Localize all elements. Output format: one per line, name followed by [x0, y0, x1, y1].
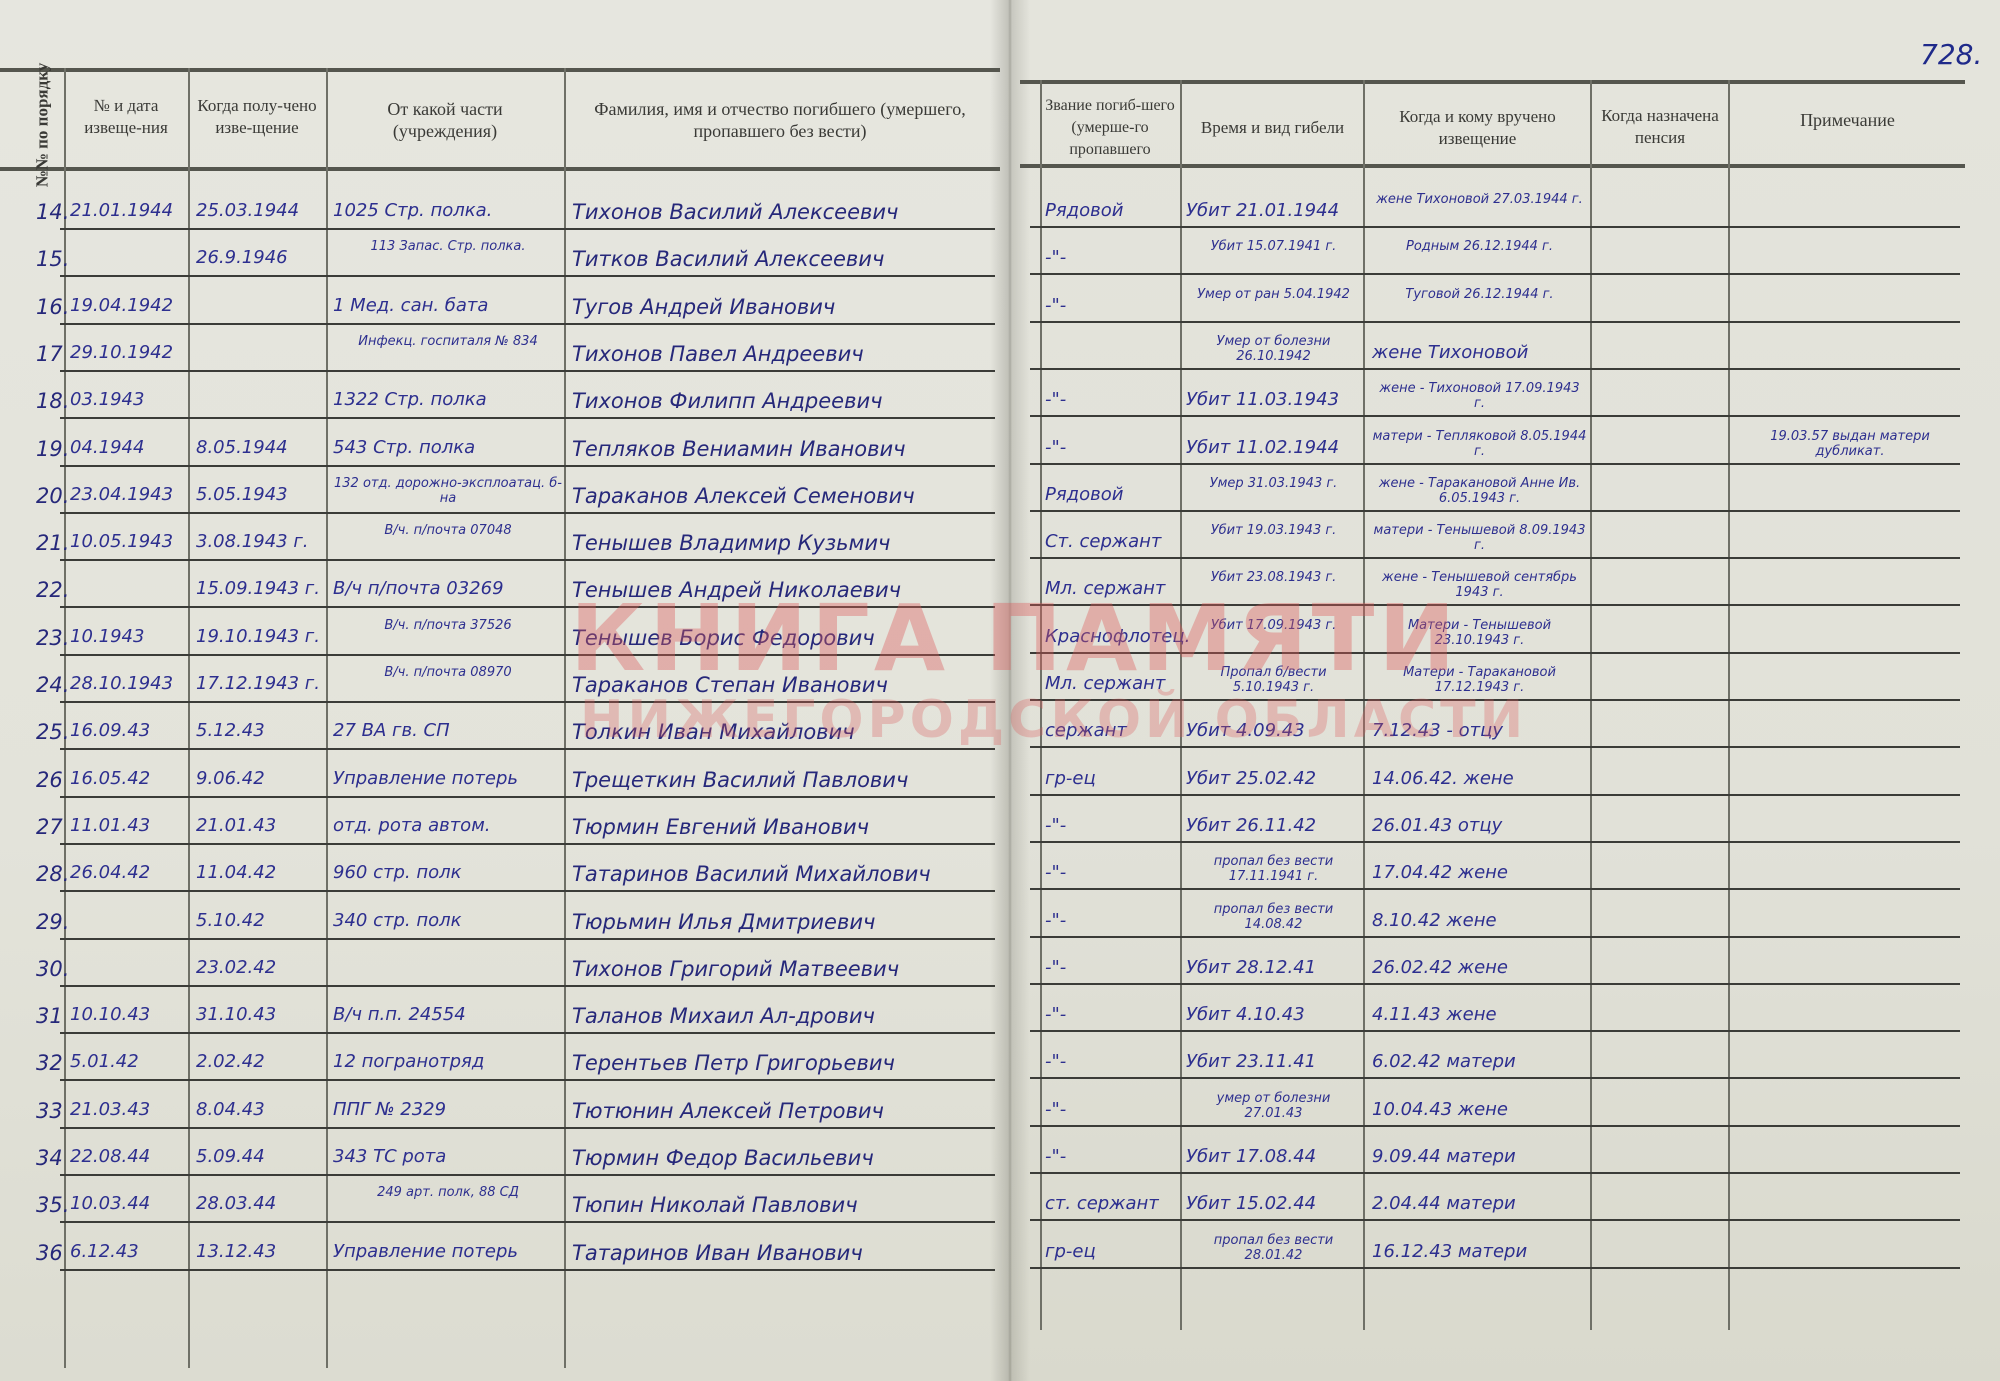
unit: 113 Запас. Стр. полка.	[333, 239, 563, 273]
received-date: 21.01.43	[196, 815, 326, 836]
notice-delivered: 26.01.43 отцу	[1372, 815, 1587, 836]
full-name: Тараканов Алексей Семенович	[572, 484, 992, 508]
row-rule-left	[60, 1079, 995, 1081]
header-row-number: №№ по порядку	[22, 70, 62, 180]
row-rule-right	[1030, 1030, 1960, 1032]
rank: -"-	[1045, 1004, 1180, 1025]
notice-delivered: жене Тихоновой	[1372, 342, 1587, 363]
rank: гр-ец	[1045, 768, 1180, 789]
row-rule-right	[1030, 368, 1960, 370]
received-date: 31.10.43	[196, 1004, 326, 1025]
received-date: 8.04.43	[196, 1099, 326, 1120]
full-name: Тюрьмин Илья Дмитриевич	[572, 910, 992, 934]
unit: 1322 Стр. полка	[333, 389, 563, 410]
unit: 1 Мед. сан. бата	[333, 295, 563, 316]
full-name: Терентьев Петр Григорьевич	[572, 1051, 992, 1075]
row-rule-left	[60, 1127, 995, 1129]
row-number: 26	[36, 768, 64, 792]
row-rule-left	[60, 843, 995, 845]
row-rule-right	[1030, 321, 1960, 323]
row-rule-left	[60, 323, 995, 325]
page-number: 728.	[1920, 38, 1982, 71]
notice-delivered: 10.04.43 жене	[1372, 1099, 1587, 1120]
full-name: Татаринов Иван Иванович	[572, 1241, 992, 1265]
row-number: 20.	[36, 484, 64, 508]
death-info: Умер от ран 5.04.1942	[1186, 287, 1361, 321]
row-rule-left	[60, 985, 995, 987]
notice-delivered: 2.04.44 матери	[1372, 1193, 1587, 1214]
row-number: 16.	[36, 295, 64, 319]
full-name: Тихонов Филипп Андреевич	[572, 389, 992, 413]
received-date: 23.02.42	[196, 957, 326, 978]
header-unit: От какой части (учреждения)	[340, 90, 550, 150]
row-rule-left	[60, 606, 995, 608]
header-pension: Когда назначена пенсия	[1596, 92, 1724, 162]
death-info: Умер 31.03.1943 г.	[1186, 476, 1361, 510]
col-rule	[326, 68, 328, 1368]
header-death: Время и вид гибели	[1190, 95, 1355, 160]
received-date: 26.9.1946	[196, 247, 326, 268]
death-info: Убит 19.03.1943 г.	[1186, 523, 1361, 557]
notice-delivered: 4.11.43 жене	[1372, 1004, 1587, 1025]
full-name: Татаринов Василий Михайлович	[572, 862, 992, 886]
row-number: 14.	[36, 200, 64, 224]
received-date: 17.12.1943 г.	[196, 673, 326, 694]
received-date: 28.03.44	[196, 1193, 326, 1214]
full-name: Тепляков Вениамин Иванович	[572, 437, 992, 461]
notice-delivered: 7.12.43 - отцу	[1372, 720, 1587, 741]
notice-number-date: 5.01.42	[70, 1051, 188, 1072]
unit: 340 стр. полк	[333, 910, 563, 931]
notice-number-date: 03.1943	[70, 389, 188, 410]
notice-number-date: 16.09.43	[70, 720, 188, 741]
notice-number-date: 16.05.42	[70, 768, 188, 789]
rank: Мл. сержант	[1045, 578, 1180, 599]
row-number: 32	[36, 1051, 64, 1075]
unit: 1025 Стр. полка.	[333, 200, 563, 221]
death-info: Убит 4.09.43	[1186, 720, 1361, 741]
unit: В/ч п.п. 24554	[333, 1004, 563, 1025]
notice-number-date: 29.10.1942	[70, 342, 188, 363]
col-rule	[188, 68, 190, 1368]
row-rule-left	[60, 701, 995, 703]
rank: Краснофлотец.	[1045, 626, 1180, 647]
notice-number-date: 21.03.43	[70, 1099, 188, 1120]
death-info: Убит 15.02.44	[1186, 1193, 1361, 1214]
row-rule-left	[60, 1221, 995, 1223]
row-rule-right	[1030, 936, 1960, 938]
row-rule-right	[1030, 1125, 1960, 1127]
rank: -"-	[1045, 1051, 1180, 1072]
col-rule	[564, 68, 566, 1368]
death-info: Убит 11.02.1944	[1186, 437, 1361, 458]
header-delivered: Когда и кому вручено извещение	[1370, 95, 1585, 160]
death-info: Убит 11.03.1943	[1186, 389, 1361, 410]
unit: В/ч п/почта 03269	[333, 578, 563, 599]
notice-delivered: Родным 26.12.1944 г.	[1372, 239, 1587, 273]
full-name: Трещеткин Василий Павлович	[572, 768, 992, 792]
notice-number-date: 23.04.1943	[70, 484, 188, 505]
received-date: 8.05.1944	[196, 437, 326, 458]
header-full-name: Фамилия, имя и отчество погибшего (умерш…	[570, 90, 990, 150]
full-name: Тенышев Андрей Николаевич	[572, 578, 992, 602]
rank: гр-ец	[1045, 1241, 1180, 1262]
row-rule-right	[1030, 888, 1960, 890]
col-rule	[1040, 80, 1042, 1330]
col-rule	[1590, 80, 1592, 1330]
row-rule-left	[60, 1032, 995, 1034]
notice-number-date: 10.1943	[70, 626, 188, 647]
row-rule-right	[1030, 604, 1960, 606]
death-info: Убит 23.11.41	[1186, 1051, 1361, 1072]
unit: В/ч. п/почта 37526	[333, 618, 563, 652]
death-info: Пропал б/вести 5.10.1943 г.	[1186, 665, 1361, 699]
notice-number-date: 04.1944	[70, 437, 188, 458]
full-name: Тихонов Павел Андреевич	[572, 342, 992, 366]
rank: -"-	[1045, 815, 1180, 836]
received-date: 13.12.43	[196, 1241, 326, 1262]
notice-delivered: 26.02.42 жене	[1372, 957, 1587, 978]
row-rule-left	[60, 890, 995, 892]
notice-delivered: жене - Тенышевой сентябрь 1943 г.	[1372, 570, 1587, 604]
received-date: 19.10.1943 г.	[196, 626, 326, 647]
row-rule-left	[60, 370, 995, 372]
rank: -"-	[1045, 910, 1180, 931]
full-name: Тенышев Владимир Кузьмич	[572, 531, 992, 555]
notice-delivered: 6.02.42 матери	[1372, 1051, 1587, 1072]
notice-delivered: матери - Тенышевой 8.09.1943 г.	[1372, 523, 1587, 557]
full-name: Титков Василий Алексеевич	[572, 247, 992, 271]
header-bottom-rule-right	[1020, 164, 1965, 168]
row-rule-left	[60, 938, 995, 940]
row-rule-right	[1030, 463, 1960, 465]
rank: сержант	[1045, 720, 1180, 741]
unit: В/ч. п/почта 08970	[333, 665, 563, 699]
col-rule	[1363, 80, 1365, 1330]
rank: Мл. сержант	[1045, 673, 1180, 694]
notice-number-date: 10.10.43	[70, 1004, 188, 1025]
unit: 132 отд. дорожно-эксплоатац. б-на	[333, 476, 563, 510]
unit: В/ч. п/почта 07048	[333, 523, 563, 557]
notice-delivered: 17.04.42 жене	[1372, 862, 1587, 883]
rank: -"-	[1045, 437, 1180, 458]
unit: 543 Стр. полка	[333, 437, 563, 458]
row-rule-right	[1030, 273, 1960, 275]
row-rule-right	[1030, 983, 1960, 985]
notice-delivered: 8.10.42 жене	[1372, 910, 1587, 931]
row-rule-right	[1030, 841, 1960, 843]
header-notice-number-date: № и дата извеще-ния	[68, 82, 184, 152]
col-rule	[1180, 80, 1182, 1330]
row-rule-right	[1030, 415, 1960, 417]
death-info: Убит 25.02.42	[1186, 768, 1361, 789]
notice-number-date: 6.12.43	[70, 1241, 188, 1262]
full-name: Тараканов Степан Иванович	[572, 673, 992, 697]
row-rule-left	[60, 465, 995, 467]
row-rule-right	[1030, 746, 1960, 748]
header-bottom-rule-left	[0, 167, 1000, 171]
row-rule-left	[60, 228, 995, 230]
row-number: 22.	[36, 578, 64, 602]
row-number: 28.	[36, 862, 64, 886]
full-name: Толкин Иван Михайлович	[572, 720, 992, 744]
unit: 27 ВА гв. СП	[333, 720, 563, 741]
notice-number-date: 26.04.42	[70, 862, 188, 883]
row-rule-right	[1030, 699, 1960, 701]
unit: 960 стр. полк	[333, 862, 563, 883]
rank: -"-	[1045, 1099, 1180, 1120]
notice-delivered: 9.09.44 матери	[1372, 1146, 1587, 1167]
unit: Управление потерь	[333, 768, 563, 789]
header-rank: Звание погиб-шего (умерше-го пропавшего	[1042, 95, 1178, 160]
death-info: умер от болезни 27.01.43	[1186, 1091, 1361, 1125]
header-top-rule-left	[0, 68, 1000, 72]
notice-number-date: 28.10.1943	[70, 673, 188, 694]
notice-delivered: Матери - Таракановой 17.12.1943 г.	[1372, 665, 1587, 699]
notice-number-date: 10.03.44	[70, 1193, 188, 1214]
death-info: Убит 15.07.1941 г.	[1186, 239, 1361, 273]
header-top-rule-right	[1020, 80, 1965, 84]
row-rule-right	[1030, 226, 1960, 228]
row-rule-right	[1030, 652, 1960, 654]
rank: -"-	[1045, 389, 1180, 410]
death-info: Убит 4.10.43	[1186, 1004, 1361, 1025]
unit: отд. рота автом.	[333, 815, 563, 836]
unit: Управление потерь	[333, 1241, 563, 1262]
notice-number-date: 19.04.1942	[70, 295, 188, 316]
row-number: 36	[36, 1241, 64, 1265]
rank: Ст. сержант	[1045, 531, 1180, 552]
row-number: 34	[36, 1146, 64, 1170]
notice-number-date: 11.01.43	[70, 815, 188, 836]
rank: -"-	[1045, 862, 1180, 883]
book-gutter	[990, 0, 1030, 1381]
row-number: 17	[36, 342, 64, 366]
notice-delivered: 14.06.42. жене	[1372, 768, 1587, 789]
full-name: Тютюнин Алексей Петрович	[572, 1099, 992, 1123]
notice-number-date: 21.01.1944	[70, 200, 188, 221]
row-rule-left	[60, 1174, 995, 1176]
row-number: 31	[36, 1004, 64, 1028]
unit: 343 ТС рота	[333, 1146, 563, 1167]
notice-delivered: жене - Таракановой Анне Ив. 6.05.1943 г.	[1372, 476, 1587, 510]
notice-number-date: 10.05.1943	[70, 531, 188, 552]
rank: -"-	[1045, 957, 1180, 978]
row-rule-left	[60, 796, 995, 798]
row-rule-left	[60, 275, 995, 277]
row-number: 18.	[36, 389, 64, 413]
notice-delivered: Матери - Тенышевой 23.10.1943 г.	[1372, 618, 1587, 652]
row-rule-right	[1030, 1267, 1960, 1269]
full-name: Тихонов Григорий Матвеевич	[572, 957, 992, 981]
death-info: Убит 28.12.41	[1186, 957, 1361, 978]
row-rule-left	[60, 748, 995, 750]
row-number: 19.	[36, 437, 64, 461]
received-date: 11.04.42	[196, 862, 326, 883]
rank: Рядовой	[1045, 200, 1180, 221]
row-number: 33	[36, 1099, 64, 1123]
full-name: Тюрмин Федор Васильевич	[572, 1146, 992, 1170]
row-rule-right	[1030, 794, 1960, 796]
full-name: Таланов Михаил Ал-дрович	[572, 1004, 992, 1028]
received-date: 9.06.42	[196, 768, 326, 789]
row-number: 25.	[36, 720, 64, 744]
notice-delivered: жене - Тихоновой 17.09.1943 г.	[1372, 381, 1587, 415]
row-rule-left	[60, 1269, 995, 1271]
received-date: 5.09.44	[196, 1146, 326, 1167]
death-info: Убит 17.08.44	[1186, 1146, 1361, 1167]
full-name: Тюпин Николай Павлович	[572, 1193, 992, 1217]
received-date: 15.09.1943 г.	[196, 578, 326, 599]
unit: 12 погранотряд	[333, 1051, 563, 1072]
notice-number-date: 22.08.44	[70, 1146, 188, 1167]
rank: Рядовой	[1045, 484, 1180, 505]
death-info: пропал без вести 28.01.42	[1186, 1233, 1361, 1267]
full-name: Тихонов Василий Алексеевич	[572, 200, 992, 224]
row-rule-right	[1030, 510, 1960, 512]
notice-delivered: Туговой 26.12.1944 г.	[1372, 287, 1587, 321]
received-date: 5.10.42	[196, 910, 326, 931]
notice-delivered: жене Тихоновой 27.03.1944 г.	[1372, 192, 1587, 226]
row-rule-right	[1030, 557, 1960, 559]
unit: ППГ № 2329	[333, 1099, 563, 1120]
row-number: 29.	[36, 910, 64, 934]
death-info: Убит 21.01.1944	[1186, 200, 1361, 221]
row-number: 23.	[36, 626, 64, 650]
row-number: 15.	[36, 247, 64, 271]
row-number: 35.	[36, 1193, 64, 1217]
rank: -"-	[1045, 1146, 1180, 1167]
death-info: Убит 23.08.1943 г.	[1186, 570, 1361, 604]
death-info: Убит 17.09.1943 г.	[1186, 618, 1361, 652]
row-number: 21.	[36, 531, 64, 555]
death-info: Убит 26.11.42	[1186, 815, 1361, 836]
rank: ст. сержант	[1045, 1193, 1180, 1214]
col-rule	[1728, 80, 1730, 1330]
full-name: Тенышев Борис Федорович	[572, 626, 992, 650]
row-number: 27	[36, 815, 64, 839]
header-received-date: Когда полу-чено изве-щение	[192, 82, 322, 152]
unit: Инфекц. госпиталя № 834	[333, 334, 563, 368]
unit: 249 арт. полк, 88 СД	[333, 1185, 563, 1219]
row-rule-left	[60, 417, 995, 419]
received-date: 5.05.1943	[196, 484, 326, 505]
row-rule-right	[1030, 1172, 1960, 1174]
row-rule-right	[1030, 1077, 1960, 1079]
received-date: 5.12.43	[196, 720, 326, 741]
full-name: Тугов Андрей Иванович	[572, 295, 992, 319]
received-date: 3.08.1943 г.	[196, 531, 326, 552]
notice-delivered: 16.12.43 матери	[1372, 1241, 1587, 1262]
row-rule-right	[1030, 1219, 1960, 1221]
note: 19.03.57 выдан матери дубликат.	[1740, 429, 1960, 463]
death-info: пропал без вести 14.08.42	[1186, 902, 1361, 936]
row-rule-left	[60, 654, 995, 656]
received-date: 25.03.1944	[196, 200, 326, 221]
death-info: пропал без вести 17.11.1941 г.	[1186, 854, 1361, 888]
header-note: Примечание	[1735, 95, 1960, 145]
row-rule-left	[60, 512, 995, 514]
row-rule-left	[60, 559, 995, 561]
row-number: 30.	[36, 957, 64, 981]
received-date: 2.02.42	[196, 1051, 326, 1072]
notice-delivered: матери - Тепляковой 8.05.1944 г.	[1372, 429, 1587, 463]
rank: -"-	[1045, 295, 1180, 316]
death-info: Умер от болезни 26.10.1942	[1186, 334, 1361, 368]
rank: -"-	[1045, 247, 1180, 268]
row-number: 24.	[36, 673, 64, 697]
full-name: Тюрмин Евгений Иванович	[572, 815, 992, 839]
